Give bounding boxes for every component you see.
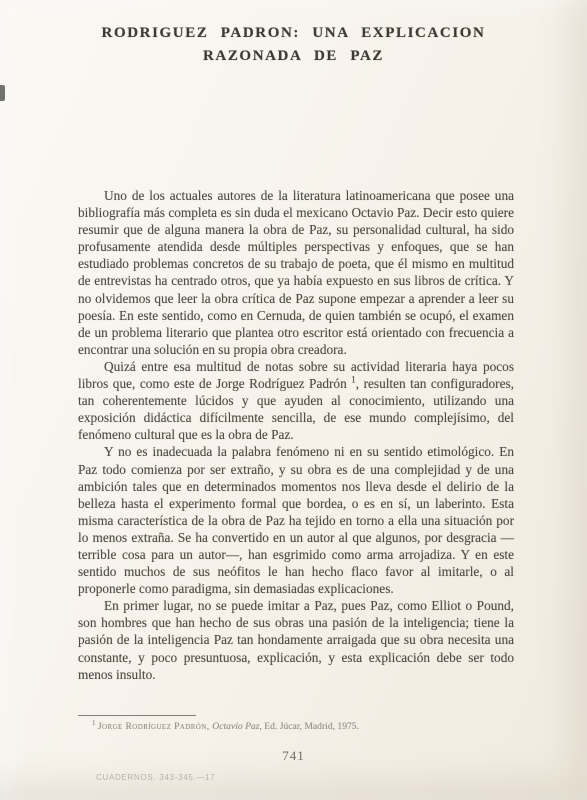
footnote-author: Jorge Rodríguez Padrón, (98, 721, 212, 732)
printer-signature-mark: CUADERNOS. 343-345.—17 (96, 773, 215, 782)
footnote-number: 1 (92, 719, 96, 727)
footnote: 1 Jorge Rodríguez Padrón, Octavio Paz, E… (78, 721, 514, 733)
footnote-divider (78, 715, 196, 716)
footnote-block: 1 Jorge Rodríguez Padrón, Octavio Paz, E… (78, 715, 514, 733)
scanned-page: RODRIGUEZ PADRON: UNA EXPLICACION RAZONA… (0, 0, 587, 800)
article-title-line1: RODRIGUEZ PADRON: UNA EXPLICACION (0, 22, 587, 45)
paragraph-3: Y no es inadecuada la palabra fenómeno n… (78, 443, 514, 597)
footnote-work-title: Octavio Paz, (212, 721, 264, 732)
article-title-line2: RAZONADA DE PAZ (0, 45, 587, 68)
paragraph-1: Uno de los actuales autores de la litera… (78, 187, 514, 358)
paragraph-2: Quizá entre esa multitud de notas sobre … (78, 358, 514, 443)
article-title: RODRIGUEZ PADRON: UNA EXPLICACION RAZONA… (0, 22, 587, 68)
paragraph-4: En primer lugar, no se puede imitar a Pa… (78, 597, 514, 682)
scan-edge-mark (0, 85, 5, 101)
page-number: 741 (0, 748, 587, 764)
article-body: Uno de los actuales autores de la litera… (78, 187, 514, 683)
footnote-publisher: Ed. Júcar, Madrid, 1975. (264, 721, 359, 732)
